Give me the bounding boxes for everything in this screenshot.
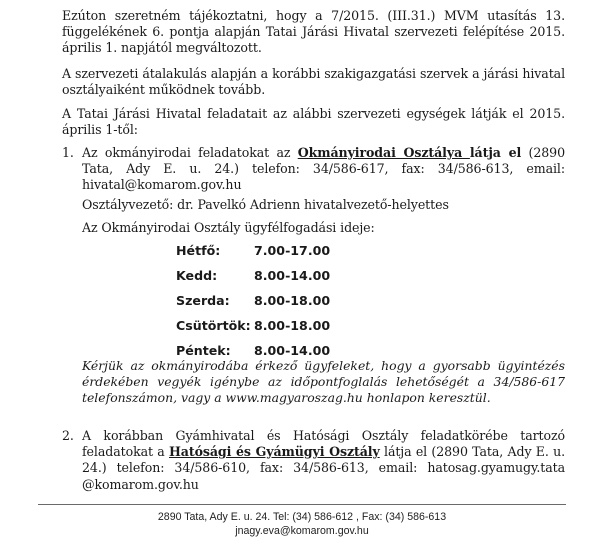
appointment-note: Kérjük az okmányirodába érkező ügyfeleke… bbox=[82, 358, 565, 406]
department-head: Osztályvezető: dr. Pavelkó Adrienn hivat… bbox=[82, 197, 565, 213]
list-item-number: 2. bbox=[62, 428, 74, 444]
office-hours-label: Az Okmányirodai Osztály ügyfélfogadási i… bbox=[82, 220, 565, 236]
schedule-day: Hétfő: bbox=[176, 243, 220, 258]
footer-address: 2890 Tata, Ady E. u. 24. Tel: (34) 586-6… bbox=[38, 510, 566, 524]
schedule-hours: 8.00-18.00 bbox=[254, 318, 330, 333]
intro-paragraph-2: A szervezeti átalakulás alapján a korább… bbox=[62, 66, 565, 98]
list-item-number: 1. bbox=[62, 145, 74, 161]
footer-email: jnagy.eva@komarom.gov.hu bbox=[38, 524, 566, 538]
schedule-hours: 7.00-17.00 bbox=[254, 243, 330, 258]
unit-name: Okmányirodai Osztálya bbox=[298, 145, 470, 160]
list-item-body: A korábban Gyámhivatal és Hatósági Osztá… bbox=[82, 428, 565, 493]
document-page: Ezúton szeretném tájékoztatni, hogy a 7/… bbox=[0, 0, 608, 546]
intro-paragraph-3: A Tatai Járási Hivatal feladatait az alá… bbox=[62, 106, 565, 138]
schedule-day: Szerda: bbox=[176, 293, 230, 308]
schedule-hours: 8.00-14.00 bbox=[254, 268, 330, 283]
footer-divider bbox=[38, 504, 566, 505]
schedule-day: Péntek: bbox=[176, 343, 231, 358]
item-text-before: Az okmányirodai feladatokat az bbox=[82, 145, 298, 160]
unit-name: Hatósági és Gyámügyi Osztály bbox=[169, 444, 380, 459]
intro-paragraph-1: Ezúton szeretném tájékoztatni, hogy a 7/… bbox=[62, 8, 565, 57]
list-item-body: Az okmányirodai feladatokat az Okmányiro… bbox=[82, 145, 565, 194]
list-item-2: 2. A korábban Gyámhivatal és Hatósági Os… bbox=[62, 428, 565, 493]
list-item-1: 1. Az okmányirodai feladatokat az Okmány… bbox=[62, 145, 565, 194]
schedule-day: Kedd: bbox=[176, 268, 217, 283]
schedule-hours: 8.00-18.00 bbox=[254, 293, 330, 308]
unit-verb: látja el bbox=[470, 145, 521, 160]
schedule-day: Csütörtök: bbox=[176, 318, 251, 333]
schedule-hours: 8.00-14.00 bbox=[254, 343, 330, 358]
